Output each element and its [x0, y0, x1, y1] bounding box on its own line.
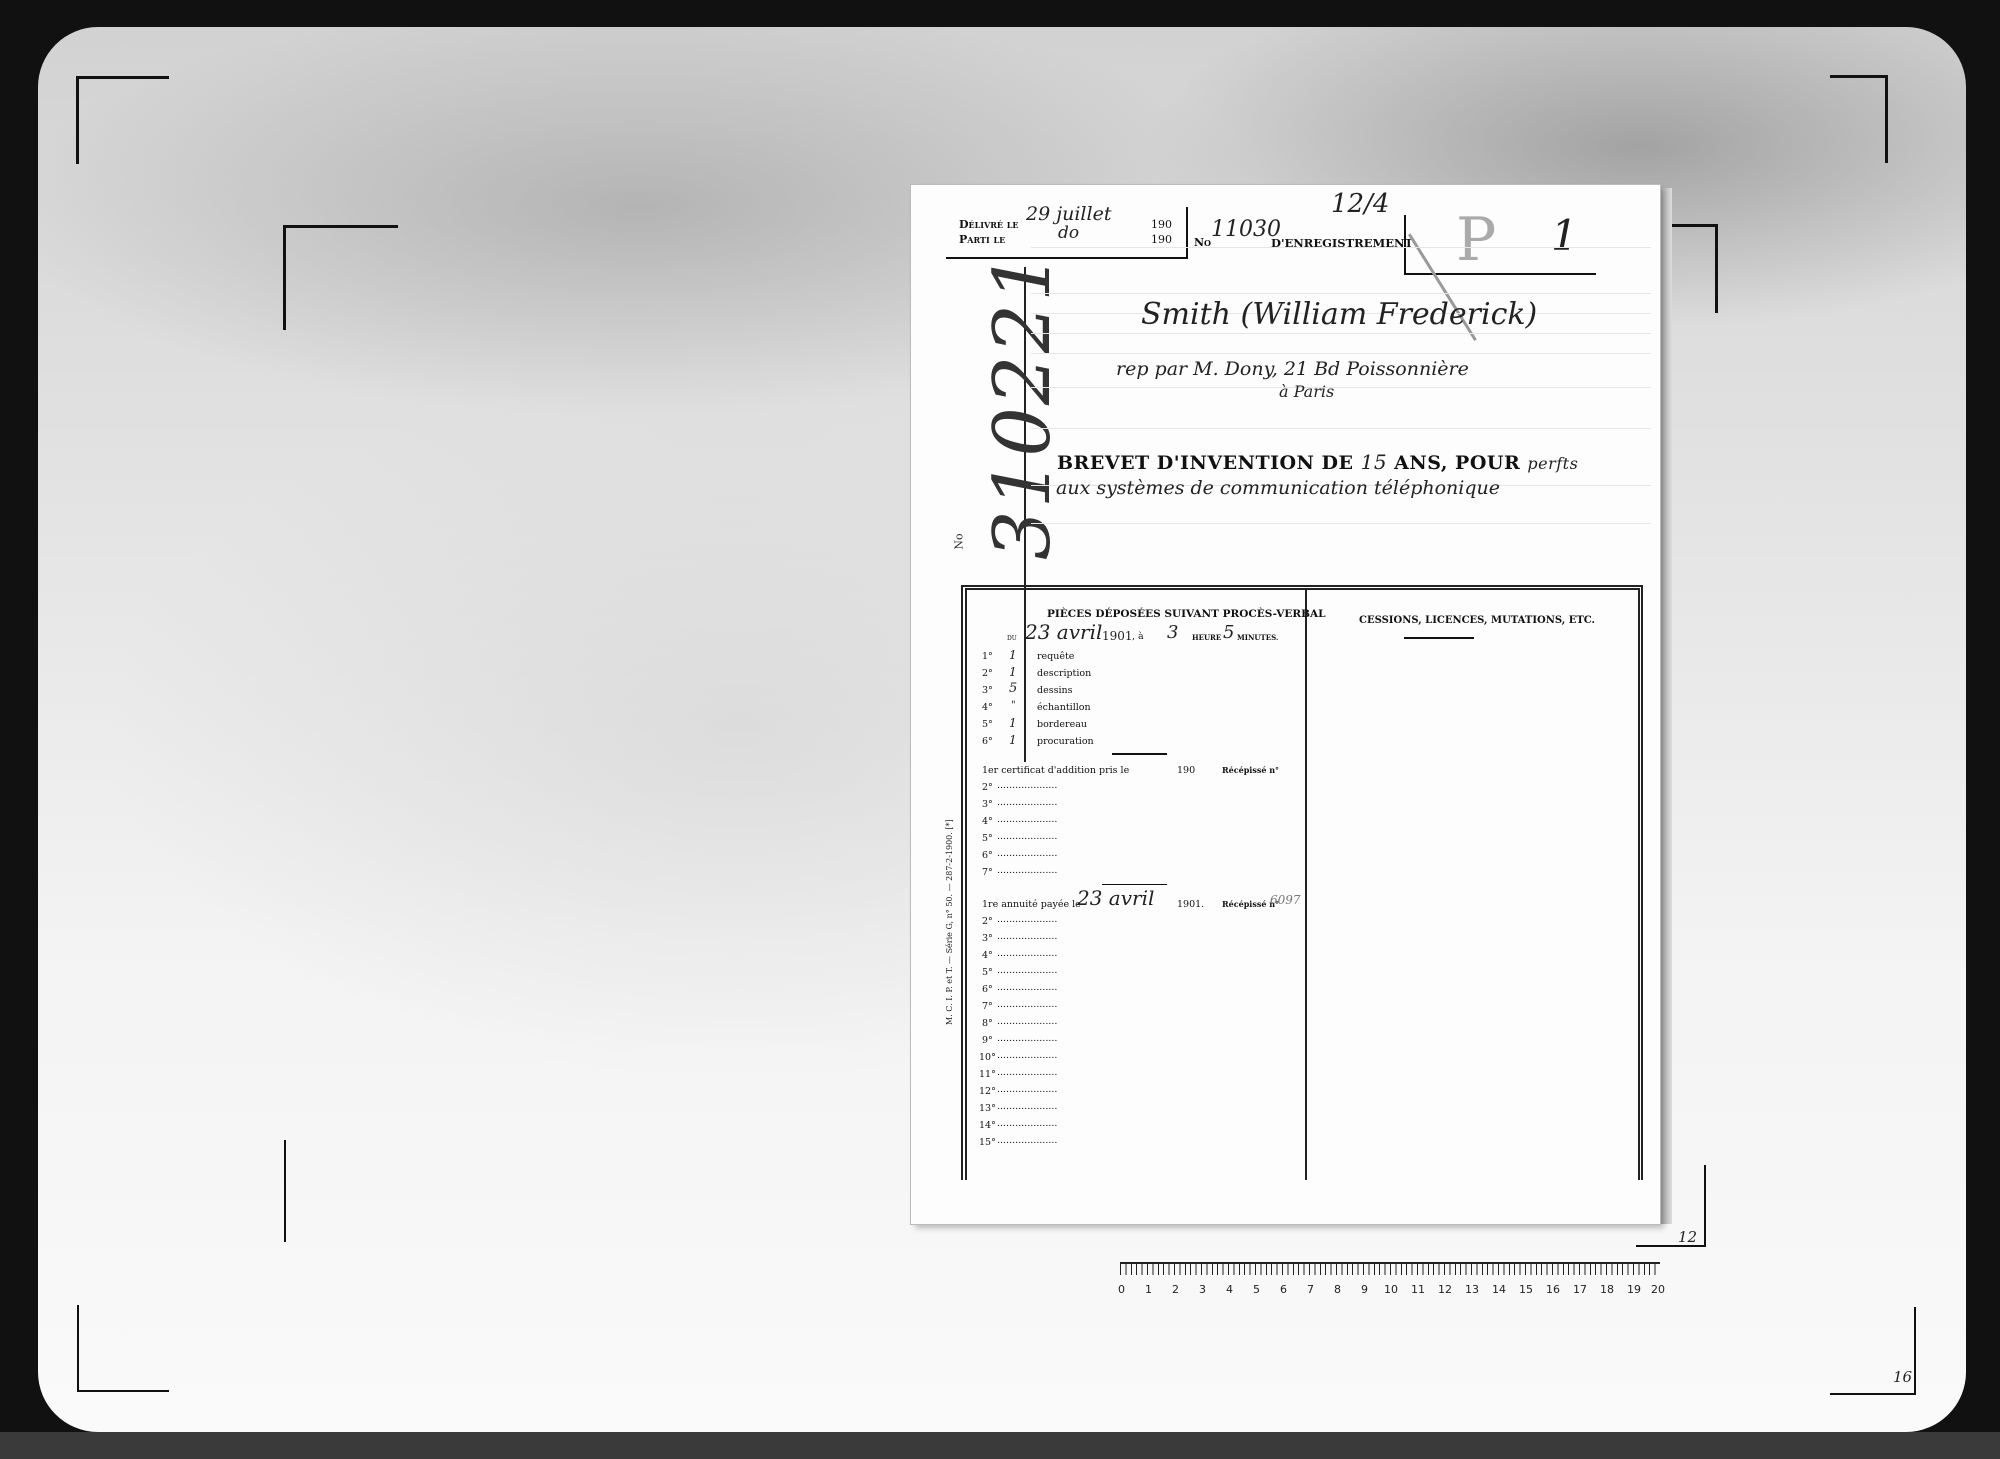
crop-mark-inner-top-left — [283, 225, 398, 330]
piece-count: 5 — [1009, 681, 1017, 696]
annuite-year: 1901. — [1177, 899, 1204, 910]
register-table: PIÈCES DÉPOSÉES SUIVANT PROCÈS-VERBAL du… — [961, 585, 1643, 1180]
piece-num: 4° — [982, 702, 993, 713]
annuite-row-num: 13° — [979, 1103, 996, 1114]
annuite-date: 23 avril — [1077, 886, 1154, 910]
delivre-label: Délivré le — [959, 218, 1019, 231]
outer-frame-number: 16 — [1893, 1368, 1912, 1386]
piece-count: 1 — [1009, 733, 1017, 747]
certificat-row-dots: .................... — [997, 797, 1057, 808]
annuite-row-num: 3° — [982, 933, 993, 944]
ruler-label: 10 — [1384, 1283, 1398, 1296]
certificat-row-num: 7° — [982, 867, 993, 878]
section-rule — [1112, 753, 1167, 755]
cessions-rule — [1404, 637, 1474, 639]
ruler-label: 2 — [1172, 1283, 1179, 1296]
certificat-row-num: 4° — [982, 816, 993, 827]
annuite-row-num: 7° — [982, 1001, 993, 1012]
crop-mark-outer-top-right — [1830, 75, 1888, 163]
brevet-title-start: perfts — [1527, 454, 1578, 473]
ruled-line — [1031, 523, 1651, 524]
annuite-row-dots: .................... — [997, 914, 1057, 925]
certificat-year: 190 — [1177, 765, 1195, 776]
annuite-row-dots: .................... — [997, 965, 1057, 976]
piece-label: procuration — [1037, 736, 1094, 747]
ruler-label: 20 — [1651, 1283, 1665, 1296]
ruler-label: 19 — [1627, 1283, 1641, 1296]
piece-label: dessins — [1037, 685, 1073, 696]
cessions-title: CESSIONS, LICENCES, MUTATIONS, ETC. — [1359, 615, 1595, 626]
annuite-row-dots: .................... — [997, 999, 1057, 1010]
piece-num: 1° — [982, 651, 993, 662]
pv-minute: 5 — [1223, 622, 1234, 643]
parti-value: do — [1058, 223, 1079, 243]
piece-num: 2° — [982, 668, 993, 679]
piece-num: 3° — [982, 685, 993, 696]
annuite-row-num: 11° — [979, 1069, 996, 1080]
ruler-label: 5 — [1253, 1283, 1260, 1296]
ruled-line — [1031, 247, 1651, 248]
certificat-row-dots: .................... — [997, 848, 1057, 859]
annuite-row-num: 9° — [982, 1035, 993, 1046]
annuite-row-dots: .................... — [997, 931, 1057, 942]
annuite-row-num: 5° — [982, 967, 993, 978]
piece-count: " — [1011, 700, 1016, 711]
annuite-row-dots: .................... — [997, 982, 1057, 993]
pv-year: 1901 — [1102, 629, 1133, 643]
certificat-row-num: 6° — [982, 850, 993, 861]
ruler-baseline — [1120, 1262, 1660, 1264]
applicant-name: Smith (William Frederick) — [1141, 297, 1537, 332]
ruler-label: 13 — [1465, 1283, 1479, 1296]
annuite-row-dots: .................... — [997, 1050, 1057, 1061]
brevet-ans-pour: ANS, POUR — [1394, 452, 1520, 474]
piece-label: description — [1037, 668, 1091, 679]
ruler-label: 3 — [1199, 1283, 1206, 1296]
annuite-row-dots: .................... — [997, 1084, 1057, 1095]
ruler-label: 15 — [1519, 1283, 1533, 1296]
ruler-label: 16 — [1546, 1283, 1560, 1296]
annuite-row-num: 15° — [979, 1137, 996, 1148]
crop-mark-outer-bottom-left — [77, 1305, 169, 1392]
piece-label: échantillon — [1037, 702, 1091, 713]
certificat-row-dots: .................... — [997, 865, 1057, 876]
pv-hour: 3 — [1167, 622, 1178, 643]
piece-label: bordereau — [1037, 719, 1087, 730]
annuite-recepisse-value: 6097 — [1270, 893, 1301, 907]
certificat-recepisse: Récépissé n° — [1222, 765, 1279, 775]
ruler-label: 17 — [1573, 1283, 1587, 1296]
annuite-row-dots: .................... — [997, 948, 1057, 959]
sheet-mark: P — [1456, 205, 1496, 275]
piece-count: 1 — [1009, 716, 1017, 730]
annuite-row-num: 10° — [979, 1052, 996, 1063]
ruled-line — [1031, 333, 1651, 334]
annuite-row-num: 6° — [982, 984, 993, 995]
patent-number-prefix: No — [953, 533, 966, 549]
ruler-label: 18 — [1600, 1283, 1614, 1296]
du-label: du — [1007, 633, 1017, 642]
annuite-label: 1re annuité payée le — [982, 899, 1081, 910]
certificat-row-num: 5° — [982, 833, 993, 844]
brevet-heading: BREVET D'INVENTION DE 15 ANS, POUR perft… — [1057, 450, 1578, 474]
annuite-row-num: 4° — [982, 950, 993, 961]
certificat-label: 1er certificat d'addition pris le — [982, 765, 1129, 776]
a-label: , à — [1132, 631, 1144, 642]
parti-year: 190 — [1151, 233, 1172, 246]
ruler-labels: 0 1 2 3 4 5 6 7 8 9 10 11 12 13 14 15 16… — [1114, 1283, 1674, 1299]
ruler-label: 9 — [1361, 1283, 1368, 1296]
ruler-label: 12 — [1438, 1283, 1452, 1296]
ruled-line — [1031, 428, 1651, 429]
annuite-row-num: 8° — [982, 1018, 993, 1029]
ruler-label: 6 — [1280, 1283, 1287, 1296]
ruler-label: 14 — [1492, 1283, 1506, 1296]
registration-fraction: 12/4 — [1331, 189, 1389, 219]
heure-label: heure — [1192, 633, 1221, 642]
applicant-city: à Paris — [1279, 382, 1334, 401]
delivre-value: 29 juillet — [1026, 203, 1111, 225]
piece-num: 5° — [982, 719, 993, 730]
ruler-label: 11 — [1411, 1283, 1425, 1296]
brevet-prefix: BREVET D'INVENTION DE — [1057, 452, 1353, 474]
brevet-title-line2: aux systèmes de communication téléphoniq… — [1056, 477, 1500, 499]
page-edge-shadow — [1660, 188, 1672, 1224]
pv-date: 23 avril — [1025, 620, 1102, 644]
annuite-date-rule — [1102, 884, 1167, 885]
annuite-row-dots: .................... — [997, 1067, 1057, 1078]
ruler-label: 4 — [1226, 1283, 1233, 1296]
piece-count: 1 — [1009, 665, 1017, 679]
ruled-line — [1031, 293, 1651, 294]
inner-frame-number: 12 — [1678, 1228, 1697, 1246]
minutes-label: MINUTES. — [1237, 633, 1278, 642]
pieces-title: PIÈCES DÉPOSÉES SUIVANT PROCÈS-VERBAL — [1047, 608, 1326, 620]
sheet-number: 1 — [1551, 211, 1578, 260]
parti-label: Parti le — [959, 233, 1005, 246]
annuite-row-dots: .................... — [997, 1101, 1057, 1112]
ruler-label: 0 — [1118, 1283, 1125, 1296]
measurement-ruler — [1120, 1262, 1660, 1284]
annuite-row-dots: .................... — [997, 1016, 1057, 1027]
annuite-row-dots: .................... — [997, 1118, 1057, 1129]
scanner-bottom-band — [0, 1432, 2000, 1459]
piece-label: requête — [1037, 651, 1074, 662]
column-divider — [1305, 590, 1307, 1180]
annuite-row-num: 2° — [982, 916, 993, 927]
delivre-year: 190 — [1151, 218, 1172, 231]
certificat-row-num: 2° — [982, 782, 993, 793]
applicant-representative: rep par M. Dony, 21 Bd Poissonnière — [1116, 358, 1469, 380]
annuite-row-num: 12° — [979, 1086, 996, 1097]
piece-count: 1 — [1009, 648, 1017, 662]
crop-mark-outer-top-left — [76, 76, 169, 164]
annuite-row-dots: .................... — [997, 1135, 1057, 1146]
annuite-row-dots: .................... — [997, 1033, 1057, 1044]
piece-num: 6° — [982, 736, 993, 747]
ruled-line — [1031, 353, 1651, 354]
ruler-label: 8 — [1334, 1283, 1341, 1296]
certificat-row-dots: .................... — [997, 814, 1057, 825]
crop-mark-inner-bottom-left — [284, 1140, 286, 1242]
printer-imprint: M. C. I. P. et T. — Série G, n° 50. — 28… — [945, 819, 954, 1025]
certificat-row-dots: .................... — [997, 780, 1057, 791]
patent-number: 310221 — [978, 330, 1068, 560]
ruler-label: 7 — [1307, 1283, 1314, 1296]
certificat-row-dots: .................... — [997, 831, 1057, 842]
ruled-line — [1031, 387, 1651, 388]
brevet-years: 15 — [1361, 450, 1387, 474]
certificat-row-num: 3° — [982, 799, 993, 810]
patent-register-page: Délivré le 29 juillet 190 Parti le do 19… — [911, 185, 1660, 1224]
ruler-label: 1 — [1145, 1283, 1152, 1296]
annuite-row-num: 14° — [979, 1120, 996, 1131]
